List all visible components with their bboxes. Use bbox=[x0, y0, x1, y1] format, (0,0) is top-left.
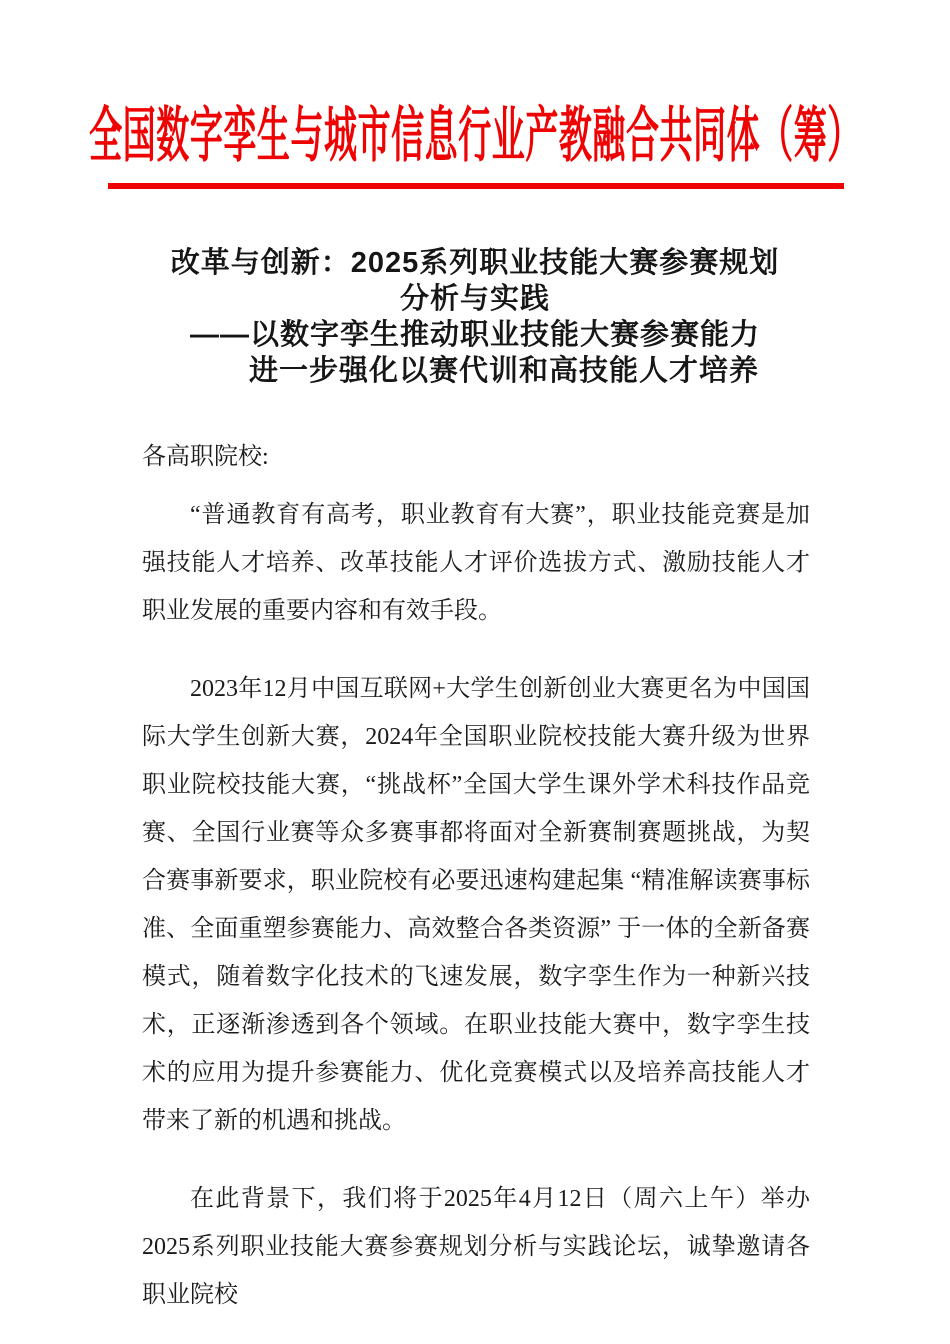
document-page: 全国数字孪生与城市信息行业产教融合共同体（筹） 改革与创新：2025系列职业技能… bbox=[0, 0, 950, 1344]
salutation: 各高职院校: bbox=[142, 433, 810, 481]
paragraph: 在此背景下，我们将于2025年4月12日（周六上午）举办2025系列职业技能大赛… bbox=[142, 1175, 810, 1319]
paragraph: “普通教育有高考，职业教育有大赛”，职业技能竞赛是加强技能人才培养、改革技能人才… bbox=[142, 491, 810, 635]
letterhead-org-name: 全国数字孪生与城市信息行业产教融合共同体（筹） bbox=[89, 103, 861, 169]
letterhead-underline bbox=[108, 183, 844, 189]
paragraph: 2023年12月中国互联网+大学生创新创业大赛更名为中国国际大学生创新大赛，20… bbox=[142, 665, 810, 1145]
document-title: 改革与创新：2025系列职业技能大赛参赛规划 分析与实践 ——以数字孪生推动职业… bbox=[0, 245, 950, 389]
document-content: 改革与创新：2025系列职业技能大赛参赛规划 分析与实践 ——以数字孪生推动职业… bbox=[0, 0, 950, 1319]
title-line-2: 分析与实践 bbox=[0, 281, 950, 317]
letter-body: 各高职院校: “普通教育有高考，职业教育有大赛”，职业技能竞赛是加强技能人才培养… bbox=[142, 433, 810, 1319]
title-line-1: 改革与创新：2025系列职业技能大赛参赛规划 bbox=[0, 245, 950, 281]
title-line-4: 进一步强化以赛代训和高技能人才培养 bbox=[0, 353, 950, 389]
title-line-3: ——以数字孪生推动职业技能大赛参赛能力 bbox=[0, 317, 950, 353]
